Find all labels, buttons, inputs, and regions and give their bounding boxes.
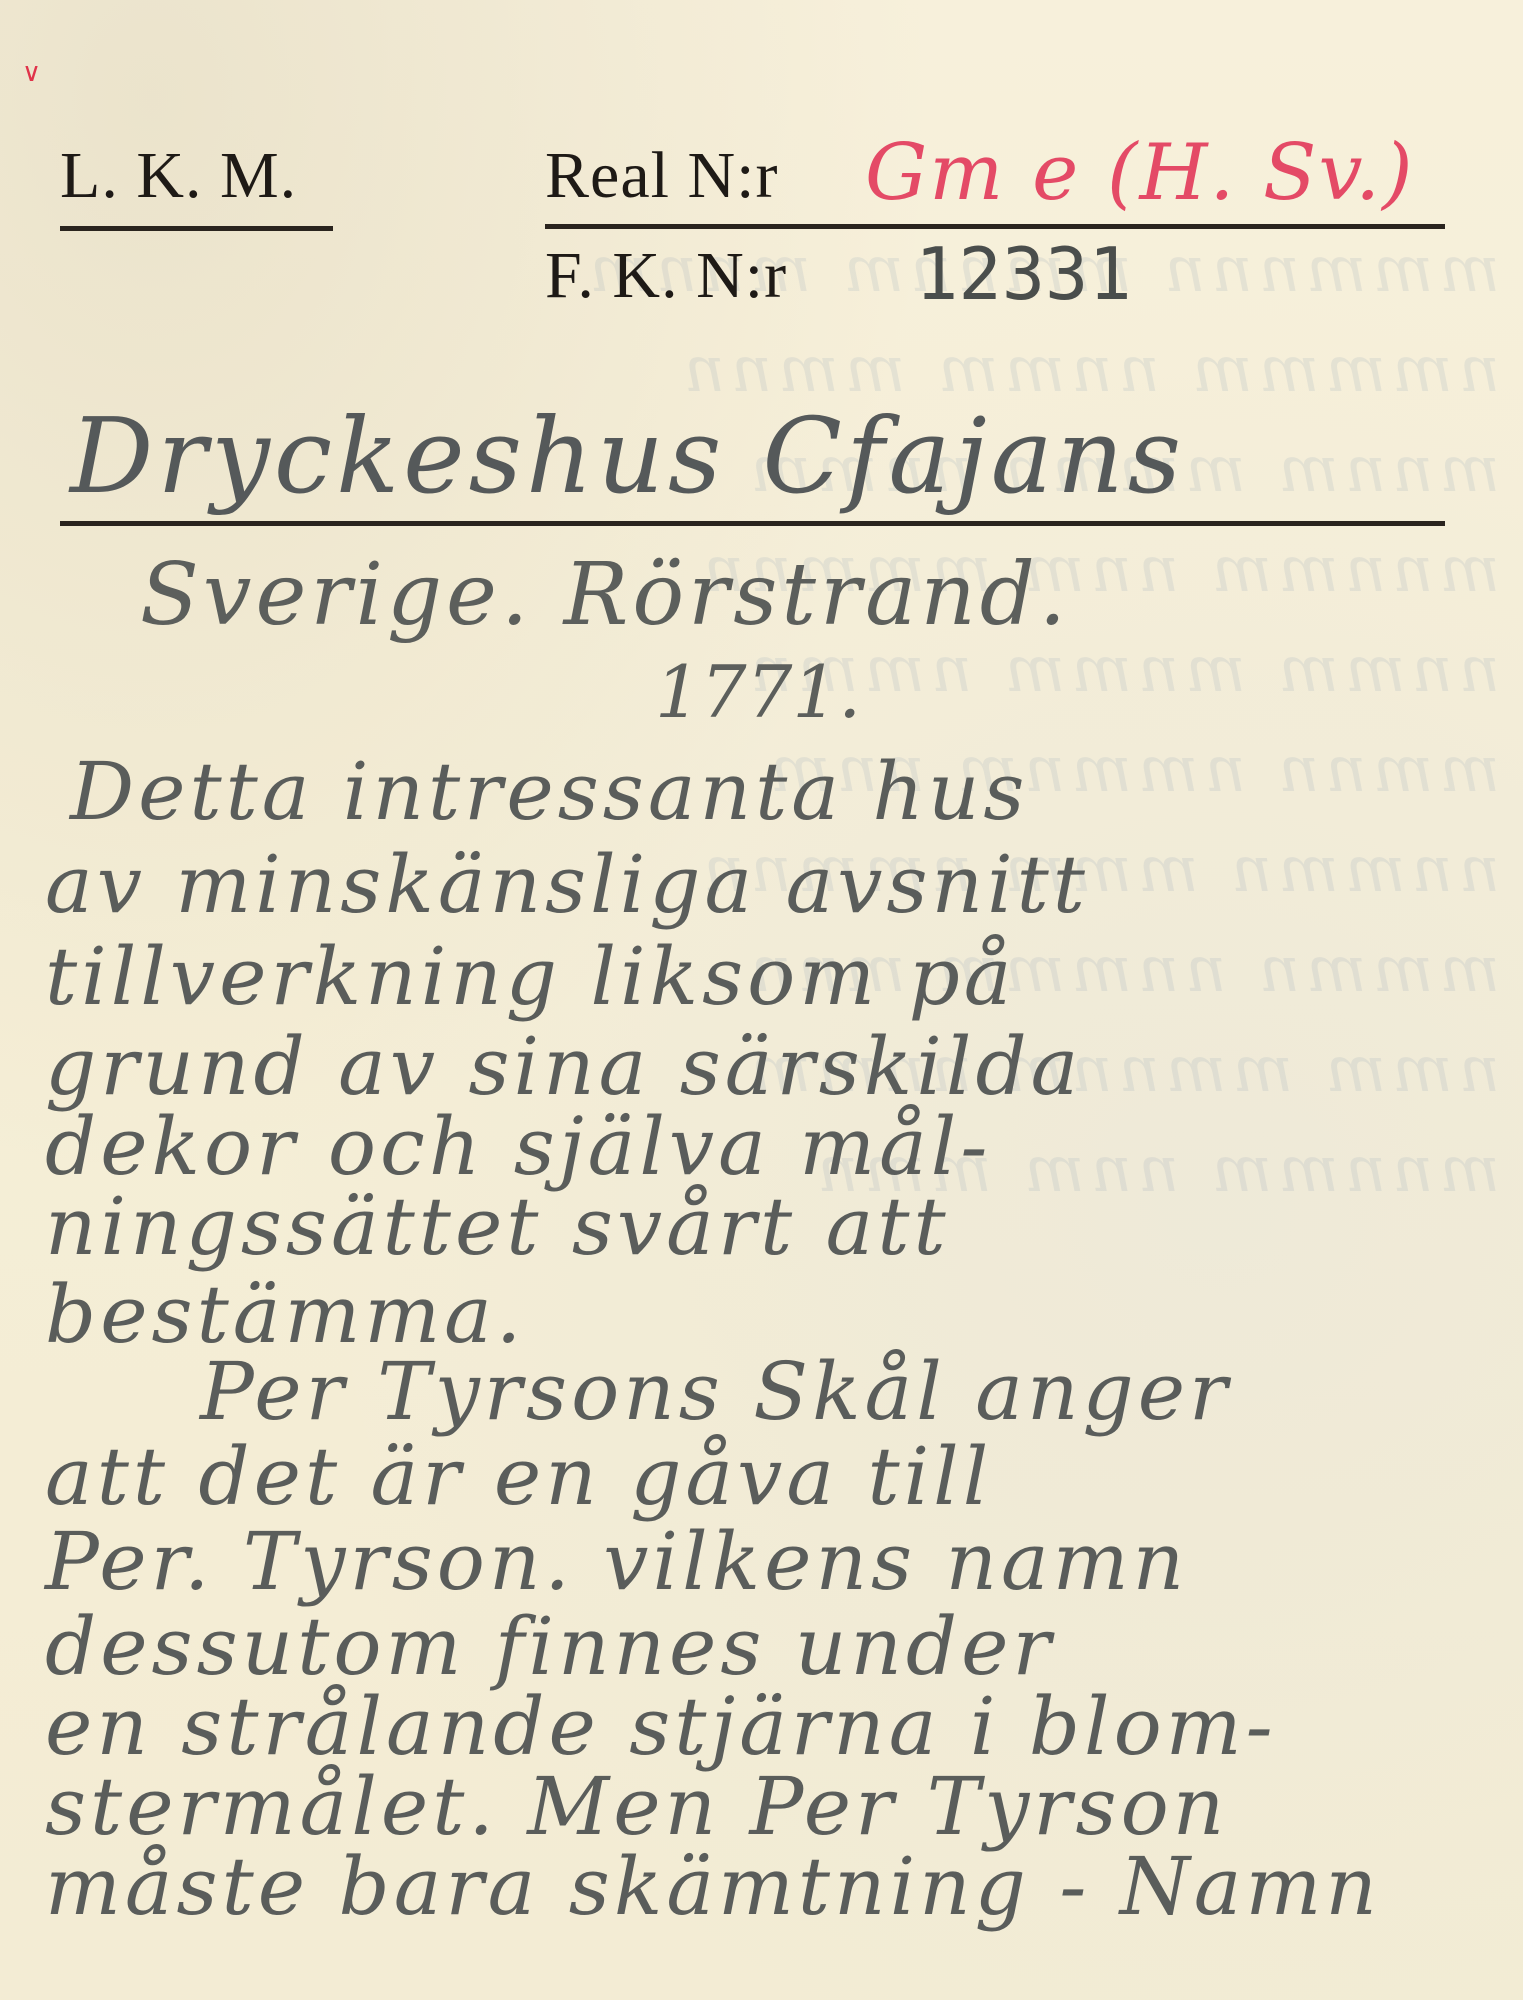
real-nr-label: Real N:r xyxy=(545,138,778,214)
body-line: måste bara skämtning - Namn xyxy=(45,1840,1381,1933)
body-line: Per Tyrsons Skål anger xyxy=(200,1345,1231,1438)
body-line: Per. Tyrson. vilkens namn xyxy=(45,1515,1188,1608)
body-line: av minskänsliga avsnitt xyxy=(45,838,1089,931)
origin-year: 1771. xyxy=(655,650,861,734)
body-line: ningssättet svårt att xyxy=(45,1180,950,1273)
archive-card: mmmnnn mmnnm mnnm nmmmm nnmm mmnn mnnm m… xyxy=(0,0,1523,2000)
fk-nr-value: 12331 xyxy=(915,232,1132,316)
origin-place: Sverige. Rörstrand. xyxy=(140,545,1070,645)
org-underline xyxy=(60,226,333,231)
body-line: tillverkning liksom på xyxy=(45,930,1016,1023)
object-title: Dryckeshus Cfajans xyxy=(70,395,1185,517)
body-line: att det är en gåva till xyxy=(45,1430,992,1523)
title-divider xyxy=(60,521,1445,526)
body-line: Detta intressanta hus xyxy=(70,745,1028,838)
red-check-mark: ∨ xyxy=(22,58,41,88)
real-nr-value: Gm e (H. Sv.) xyxy=(865,128,1415,218)
org-label: L. K. M. xyxy=(60,138,297,214)
fk-nr-label: F. K. N:r xyxy=(545,238,787,314)
header-divider xyxy=(545,224,1445,229)
